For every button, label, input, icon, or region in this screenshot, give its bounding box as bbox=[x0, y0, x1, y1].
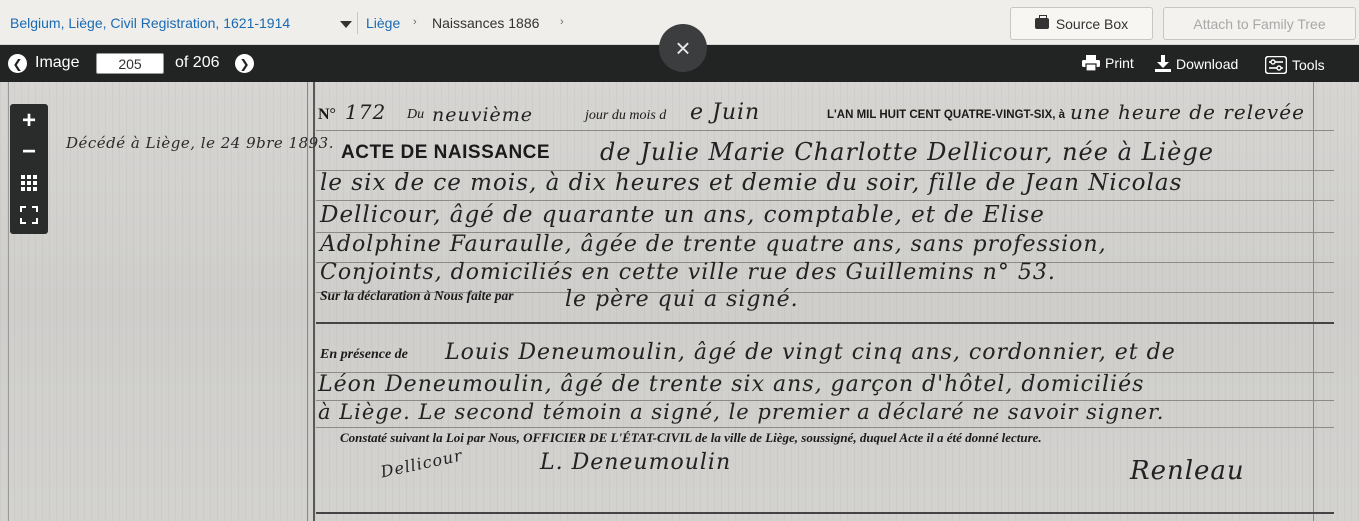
zoom-controls: + − bbox=[10, 104, 48, 234]
image-label: Image bbox=[35, 54, 79, 72]
section-divider bbox=[316, 512, 1334, 514]
plus-icon: + bbox=[22, 107, 36, 135]
witness-line: à Liège. Le second témoin a signé, le pr… bbox=[318, 400, 1164, 424]
ruled-line bbox=[316, 130, 1334, 131]
grid-icon bbox=[21, 175, 37, 191]
witness-line: Louis Deneumoulin, âgé de vingt cinq ans… bbox=[445, 340, 1176, 365]
download-button[interactable]: Download bbox=[1155, 55, 1238, 72]
record-number-label: N° bbox=[318, 106, 336, 124]
chevron-right-icon[interactable]: › bbox=[560, 16, 564, 28]
declaration-value: le père qui a signé. bbox=[565, 287, 799, 312]
handwritten-line: Adolphine Fauraulle, âgée de trente quat… bbox=[320, 232, 1107, 257]
print-button[interactable]: Print bbox=[1082, 55, 1134, 71]
fullscreen-icon bbox=[20, 206, 38, 224]
close-icon: × bbox=[675, 33, 690, 64]
signature: Renleau bbox=[1130, 456, 1245, 486]
day-text: neuvième bbox=[432, 104, 533, 126]
image-total: of 206 bbox=[175, 54, 219, 72]
tools-label: Tools bbox=[1292, 57, 1325, 73]
previous-image-icon[interactable]: ❮ bbox=[8, 54, 27, 73]
section-divider bbox=[316, 322, 1334, 324]
source-box-button[interactable]: Source Box bbox=[1010, 7, 1153, 40]
ruled-line bbox=[316, 200, 1334, 201]
margin-annotation: Décédé à Liège, le 24 9bre 1893. bbox=[66, 134, 334, 152]
record-number: 172 bbox=[345, 100, 386, 124]
month-text: e Juin bbox=[690, 100, 760, 125]
ruled-line bbox=[316, 427, 1334, 428]
signature: Dellicour bbox=[379, 446, 464, 482]
declaration-label: Sur la déclaration à Nous faite par bbox=[320, 288, 514, 304]
handwritten-line: le six de ce mois, à dix heures et demie… bbox=[320, 170, 1182, 196]
collection-dropdown-caret-icon[interactable] bbox=[340, 21, 352, 28]
download-label: Download bbox=[1176, 56, 1238, 72]
document-edge-line bbox=[8, 82, 9, 521]
breadcrumb-collection-link[interactable]: Belgium, Liège, Civil Registration, 1621… bbox=[10, 15, 290, 31]
acte-title: ACTE DE NAISSANCE bbox=[341, 142, 550, 164]
tools-button[interactable]: Tools bbox=[1265, 56, 1325, 74]
year-text: L'AN MIL HUIT CENT QUATRE-VINGT-SIX, à bbox=[827, 109, 1065, 121]
next-image-icon[interactable]: ❯ bbox=[235, 54, 254, 73]
signature: L. Deneumoulin bbox=[540, 450, 731, 475]
sliders-icon bbox=[1265, 56, 1287, 74]
attach-label: Attach to Family Tree bbox=[1193, 16, 1325, 32]
breadcrumb-current: Naissances 1886 bbox=[432, 15, 539, 31]
source-box-label: Source Box bbox=[1056, 16, 1128, 32]
close-viewer-button[interactable]: × bbox=[659, 24, 707, 72]
attach-to-family-tree-button[interactable]: Attach to Family Tree bbox=[1163, 7, 1356, 40]
handwritten-line: Dellicour, âgé de quarante un ans, compt… bbox=[320, 202, 1045, 228]
presence-label: En présence de bbox=[320, 347, 408, 363]
hour-text: une heure de relevée bbox=[1070, 100, 1305, 124]
chevron-right-icon: › bbox=[413, 16, 417, 28]
zoom-in-button[interactable]: + bbox=[10, 106, 48, 136]
printer-icon bbox=[1082, 55, 1100, 71]
zoom-out-button[interactable]: − bbox=[10, 137, 48, 167]
breadcrumb-divider bbox=[357, 12, 358, 34]
download-icon bbox=[1155, 55, 1171, 72]
fullscreen-button[interactable] bbox=[10, 200, 48, 230]
record-image-viewer[interactable]: Décédé à Liège, le 24 9bre 1893. N° 172 … bbox=[0, 82, 1359, 521]
document-edge-line bbox=[1313, 82, 1314, 521]
breadcrumb-place-link[interactable]: Liège bbox=[366, 15, 400, 31]
print-label: Print bbox=[1105, 55, 1134, 71]
du-label: Du bbox=[407, 107, 424, 123]
jour-du-mois-label: jour du mois d bbox=[585, 108, 666, 124]
minus-icon: − bbox=[22, 138, 36, 166]
handwritten-line: Conjoints, domiciliés en cette ville rue… bbox=[320, 260, 1056, 285]
briefcase-icon bbox=[1035, 18, 1049, 29]
handwritten-line: de Julie Marie Charlotte Dellicour, née … bbox=[600, 138, 1214, 166]
gallery-view-button[interactable] bbox=[10, 168, 48, 198]
witness-line: Léon Deneumoulin, âgé de trente six ans,… bbox=[318, 372, 1144, 397]
image-number-input[interactable] bbox=[96, 53, 164, 74]
constate-line: Constaté suivant la Loi par Nous, OFFICI… bbox=[340, 430, 1042, 446]
